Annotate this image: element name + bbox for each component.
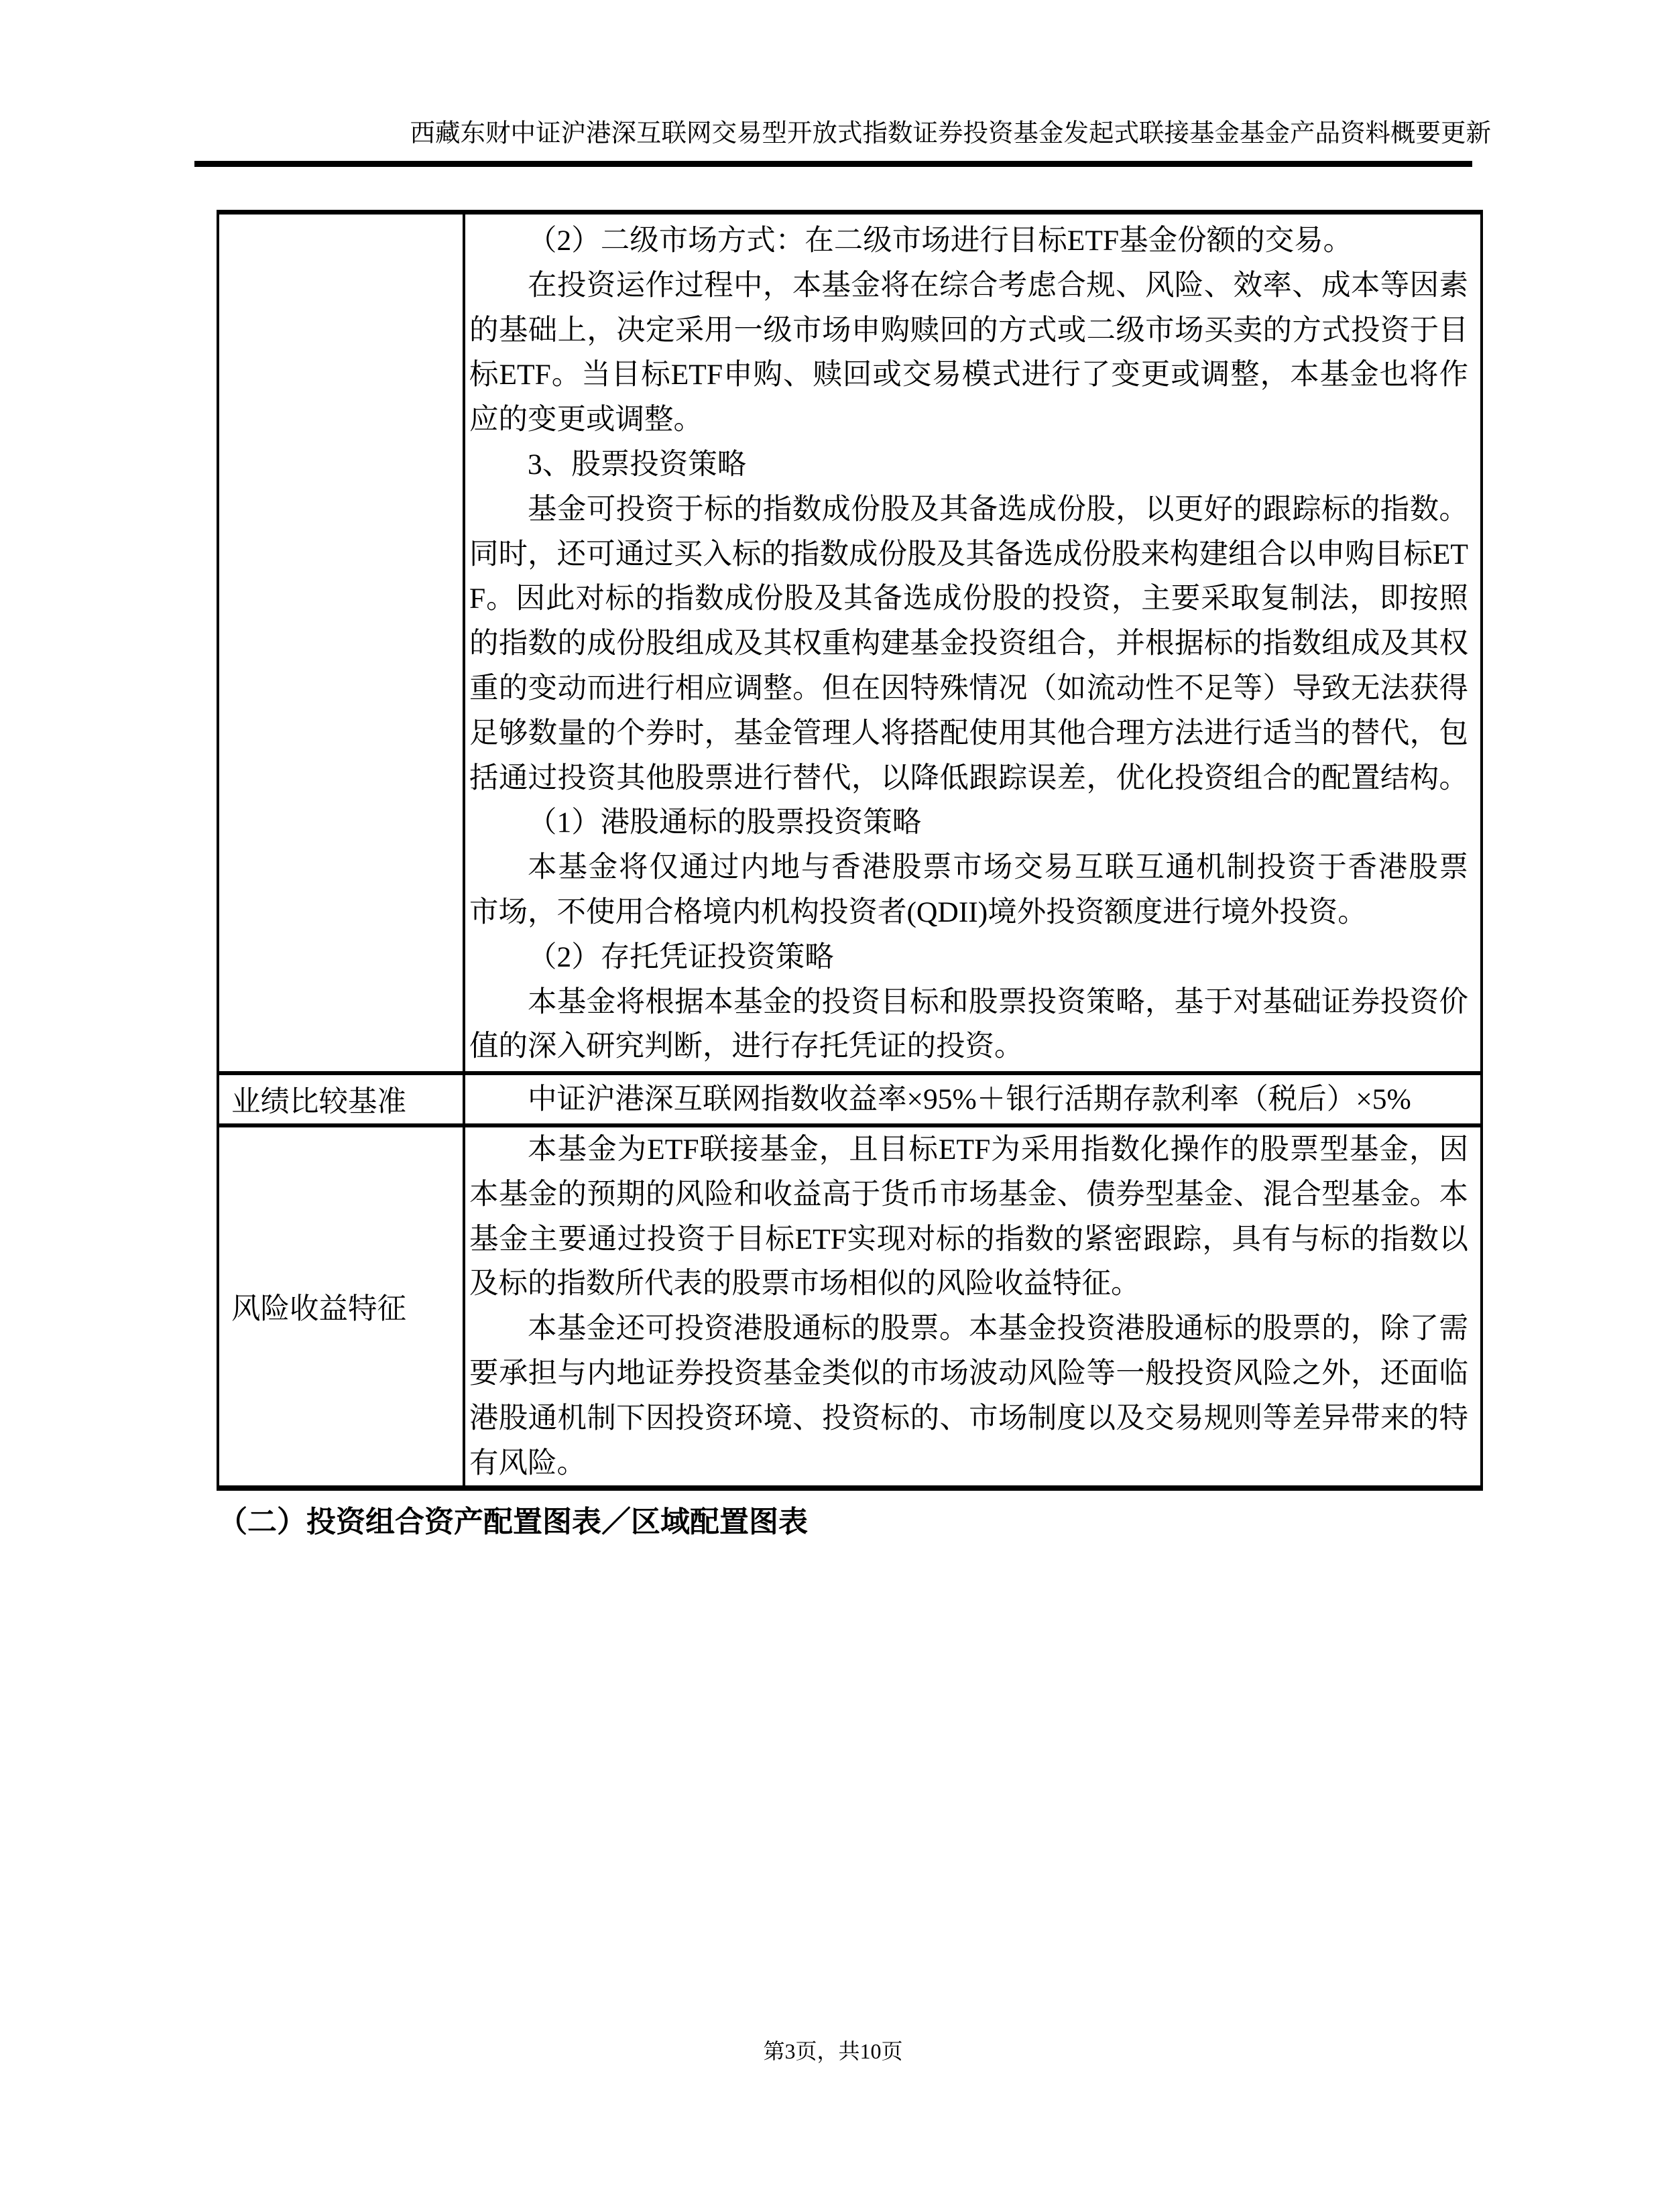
text-line: 本基金为ETF联接基金，且目标ETF为采用指数化操作的股票型基金，因此: [469, 1127, 1468, 1172]
risk-return-content: 本基金为ETF联接基金，且目标ETF为采用指数化操作的股票型基金，因此 本基金的…: [465, 1127, 1480, 1485]
text-line: 足够数量的个券时，基金管理人将搭配使用其他合理方法进行适当的替代，包: [469, 711, 1468, 756]
text-line: 基金可投资于标的指数成份股及其备选成份股，以更好的跟踪标的指数。: [469, 487, 1468, 532]
table-row-benchmark: 业绩比较基准 中证沪港深互联网指数收益率×95%＋银行活期存款利率（税后）×5%: [219, 1071, 1480, 1123]
header-divider-line: [194, 161, 1472, 167]
text-line: 本基金将仅通过内地与香港股票市场交易互联互通机制投资于香港股票: [469, 845, 1468, 890]
text-line: 中证沪港深互联网指数收益率×95%＋银行活期存款利率（税后）×5%: [469, 1075, 1468, 1123]
text-line: 标ETF。当目标ETF申购、赎回或交易模式进行了变更或调整，本基金也将作相: [469, 353, 1468, 397]
fund-info-table: （2）二级市场方式：在二级市场进行目标ETF基金份额的交易。 在投资运作过程中，…: [217, 210, 1483, 1491]
text-line: 同时，还可通过买入标的指数成份股及其备选成份股来构建组合以申购目标ET: [469, 532, 1468, 577]
text-line: 本基金还可投资港股通标的股票。本基金投资港股通标的股票的，除了需: [469, 1306, 1468, 1351]
table-row-investment-strategy: （2）二级市场方式：在二级市场进行目标ETF基金份额的交易。 在投资运作过程中，…: [219, 214, 1480, 1071]
text-line: 及标的指数所代表的股票市场相似的风险收益特征。: [469, 1262, 1468, 1306]
text-line: 在投资运作过程中，本基金将在综合考虑合规、风险、效率、成本等因素: [469, 263, 1468, 308]
text-line: （2）存托凭证投资策略: [469, 935, 1468, 980]
text-line: 值的深入研究判断，进行存托凭证的投资。: [469, 1024, 1468, 1069]
document-title: 西藏东财中证沪港深互联网交易型开放式指数证券投资基金发起式联接基金基金产品资料概…: [217, 121, 1491, 147]
text-line: （2）二级市场方式：在二级市场进行目标ETF基金份额的交易。: [469, 219, 1468, 263]
text-line: F。因此对标的指数成份股及其备选成份股的投资，主要采取复制法，即按照标: [469, 576, 1468, 621]
text-line: 3、股票投资策略: [469, 442, 1468, 487]
text-line: 市场，不使用合格境内机构投资者(QDII)境外投资额度进行境外投资。: [469, 890, 1468, 935]
text-line: 有风险。: [469, 1441, 1468, 1486]
text-line: 的基础上，决定采用一级市场申购赎回的方式或二级市场买卖的方式投资于目: [469, 308, 1468, 353]
text-line: 括通过投资其他股票进行替代，以降低跟踪误差，优化投资组合的配置结构。: [469, 756, 1468, 801]
row-label-cell: [219, 214, 465, 1071]
document-page: 西藏东财中证沪港深互联网交易型开放式指数证券投资基金发起式联接基金基金产品资料概…: [0, 0, 1666, 2212]
risk-row-label: 风险收益特征: [219, 1127, 465, 1485]
benchmark-row-label: 业绩比较基准: [219, 1075, 465, 1123]
text-line: 应的变更或调整。: [469, 397, 1468, 442]
table-row-risk-return: 风险收益特征 本基金为ETF联接基金，且目标ETF为采用指数化操作的股票型基金，…: [219, 1123, 1480, 1485]
page-number-footer: 第3页，共10页: [0, 2039, 1666, 2063]
text-line: 本基金的预期的风险和收益高于货币市场基金、债券型基金、混合型基金。本: [469, 1172, 1468, 1217]
text-line: 本基金将根据本基金的投资目标和股票投资策略，基于对基础证券投资价: [469, 980, 1468, 1025]
text-line: 基金主要通过投资于目标ETF实现对标的指数的紧密跟踪，具有与标的指数以: [469, 1217, 1468, 1262]
text-line: 港股通机制下因投资环境、投资标的、市场制度以及交易规则等差异带来的特: [469, 1396, 1468, 1441]
investment-strategy-content: （2）二级市场方式：在二级市场进行目标ETF基金份额的交易。 在投资运作过程中，…: [465, 214, 1480, 1071]
text-line: 要承担与内地证券投资基金类似的市场波动风险等一般投资风险之外，还面临: [469, 1351, 1468, 1396]
section-heading: （二）投资组合资产配置图表／区域配置图表: [218, 1506, 808, 1539]
text-line: （1）港股通标的股票投资策略: [469, 800, 1468, 845]
text-line: 重的变动而进行相应调整。但在因特殊情况（如流动性不足等）导致无法获得: [469, 666, 1468, 711]
benchmark-content: 中证沪港深互联网指数收益率×95%＋银行活期存款利率（税后）×5%: [465, 1075, 1480, 1123]
text-line: 的指数的成份股组成及其权重构建基金投资组合，并根据标的指数组成及其权: [469, 621, 1468, 666]
